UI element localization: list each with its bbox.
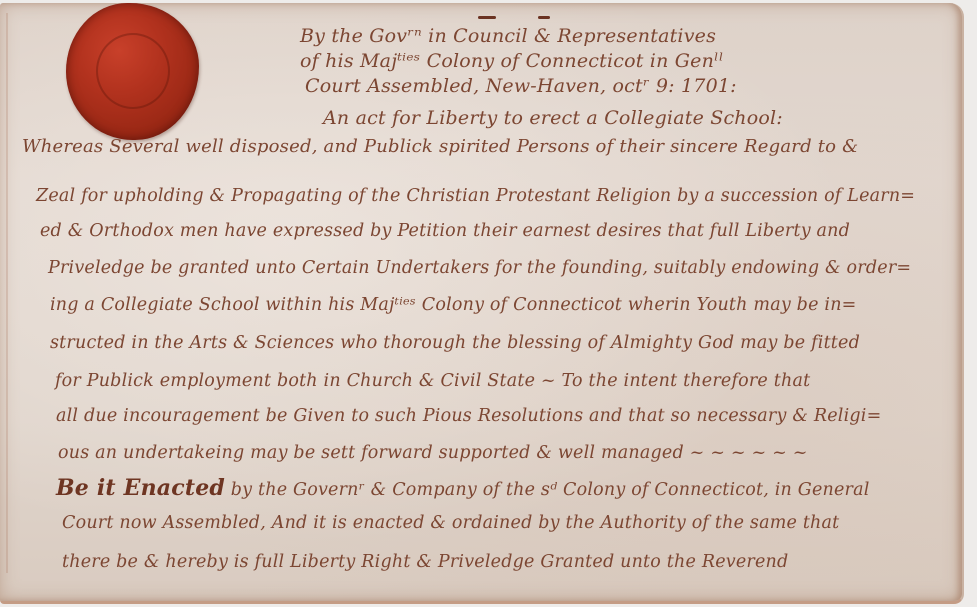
enactment-line-3: there be & hereby is full Liberty Right … (62, 552, 788, 572)
body-line-3: ed & Orthodox men have expressed by Peti… (40, 221, 850, 241)
manuscript-viewer: By the Govʳⁿ in Council & Representative… (0, 0, 977, 607)
body-line-4: Priveledge be granted unto Certain Under… (48, 258, 911, 278)
enactment-line-1-rest: by the Governʳ & Company of the sᵈ Colon… (231, 480, 870, 500)
body-line-2: Zeal for upholding & Propagating of the … (36, 186, 915, 206)
enactment-line-1: Be it Enacted by the Governʳ & Company o… (56, 475, 870, 501)
body-line-5: ing a Collegiate School within his Majᵗⁱ… (50, 295, 857, 315)
be-it-enacted: Be it Enacted (56, 475, 225, 501)
act-title: An act for Liberty to erect a Collegiate… (323, 107, 783, 129)
ink-mark (478, 16, 496, 19)
heading-line-2: of his Majᵗⁱᵉˢ Colony of Connecticot in … (300, 50, 724, 72)
enactment-line-2: Court now Assembled, And it is enacted &… (62, 513, 839, 533)
heading-line-1: By the Govʳⁿ in Council & Representative… (300, 25, 716, 47)
heading-line-3: Court Assembled, New-Haven, octʳ 9: 1701… (305, 75, 737, 97)
ink-mark (538, 16, 550, 19)
manuscript-page: By the Govʳⁿ in Council & Representative… (0, 3, 964, 604)
body-line-9: ous an undertakeing may be sett forward … (58, 443, 808, 463)
body-line-7: for Publick employment both in Church & … (55, 371, 810, 391)
body-line-6: structed in the Arts & Sciences who thor… (50, 333, 860, 353)
wax-seal-icon (66, 3, 199, 140)
body-line-1: Whereas Several well disposed, and Publi… (22, 136, 858, 157)
body-line-8: all due incouragement be Given to such P… (56, 406, 881, 426)
